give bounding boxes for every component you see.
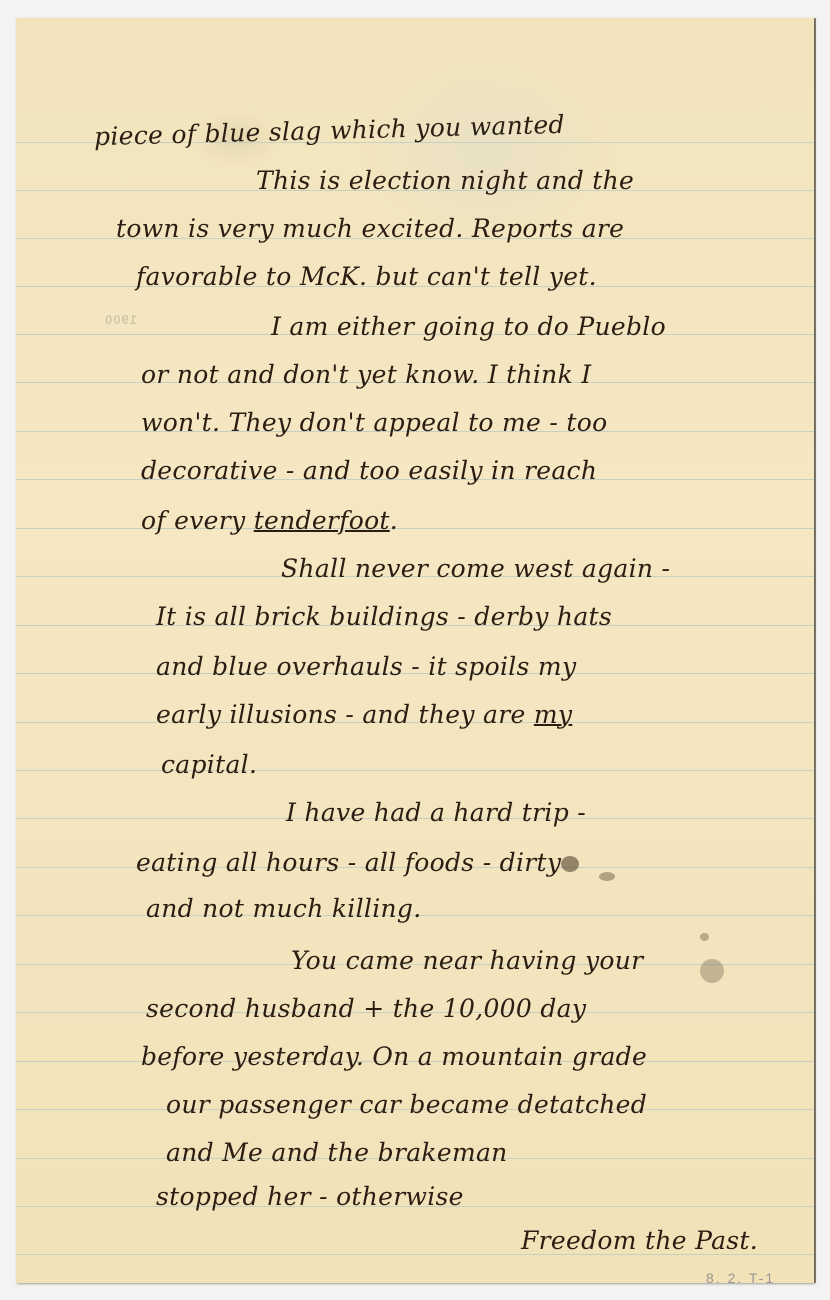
letter-line: or not and don't yet know. I think I	[141, 360, 591, 390]
ink-stain	[561, 856, 579, 872]
ink-stain	[599, 872, 615, 881]
ink-stain	[700, 933, 709, 941]
bleed-through-year: 1900	[104, 312, 137, 327]
letter-line: piece of blue slag which you wanted	[94, 110, 565, 152]
letter-text: early illusions - and they are	[156, 700, 534, 729]
archive-annotation: 8. 2. T-1	[706, 1270, 775, 1286]
letter-page: 1900 piece of blue slag which you wanted…	[16, 18, 814, 1283]
letter-line: town is very much excited. Reports are	[116, 214, 624, 244]
letter-line: of every tenderfoot.	[141, 506, 398, 536]
underlined-word: tenderfoot	[254, 506, 390, 535]
letter-line: I am either going to do Pueblo	[271, 312, 666, 342]
ink-stain	[700, 959, 724, 983]
letter-line: Shall never come west again -	[281, 554, 670, 584]
letter-line: early illusions - and they are my	[156, 700, 572, 730]
letter-line: This is election night and the	[256, 166, 634, 196]
letter-line: decorative - and too easily in reach	[141, 456, 597, 486]
signature: Freedom the Past.	[521, 1226, 758, 1256]
underlined-word: my	[534, 700, 572, 729]
letter-line: favorable to McK. but can't tell yet.	[136, 262, 597, 292]
letter-line: It is all brick buildings - derby hats	[156, 602, 612, 632]
letter-line: capital.	[161, 750, 257, 780]
letter-line: our passenger car became detatched	[166, 1090, 647, 1120]
letter-text: .	[390, 506, 398, 535]
letter-text: of every	[141, 506, 254, 535]
letter-line: You came near having your	[291, 946, 643, 976]
letter-line: before yesterday. On a mountain grade	[141, 1042, 647, 1072]
letter-line: eating all hours - all foods - dirty	[136, 848, 561, 878]
letter-line: second husband + the 10,000 day	[146, 994, 586, 1024]
letter-line: stopped her - otherwise	[156, 1182, 464, 1212]
letter-line: I have had a hard trip -	[286, 798, 586, 828]
ruled-line	[16, 770, 814, 771]
ruled-line	[16, 528, 814, 529]
letter-line: won't. They don't appeal to me - too	[141, 408, 607, 438]
letter-line: and blue overhauls - it spoils my	[156, 652, 576, 682]
letter-line: and Me and the brakeman	[166, 1138, 508, 1168]
letter-line: and not much killing.	[146, 894, 421, 924]
